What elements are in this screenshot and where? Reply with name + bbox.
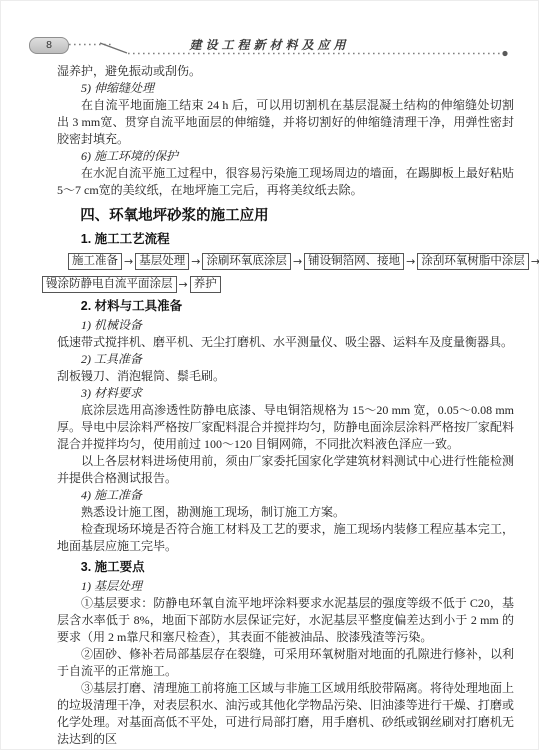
flow-step-middle-coat: 涂刮环氧树脂中涂层 [417,253,529,270]
process-flow-row-1: 施工准备→基层处理→涂刷环氧底涂层→铺设铜箔网、接地→涂刮环氧树脂中涂层→ [57,251,514,271]
subheading-construction-prep: 4) 施工准备 [57,487,514,504]
book-page: 8 建设工程新材料及应用 湿养护，避免振动或刮伤。 5) 伸缩缝处理 在自流平地… [0,0,539,750]
flow-step-copper-mesh: 铺设铜箔网、接地 [304,253,404,270]
flow-arrow-icon: → [291,252,304,271]
process-flow-row-2: 镘涂防静电自流平面涂层→养护 [42,274,514,294]
paragraph-material-specs: 底涂层选用高渗透性防静电底漆、导电铜箔规格为 15～20 mm 宽，0.05～0… [57,402,514,453]
flow-arrow-icon: → [177,275,190,294]
paragraph-sand-fix-repair: ②固砂、修补若局部基层存在裂缝，可采用环氧树脂对地面的孔隙进行修补，以利于自流平… [57,646,514,680]
subheading-material-requirements: 3) 材料要求 [57,385,514,402]
subheading-machinery: 1) 机械设备 [57,317,514,334]
paragraph-prep-site-check: 检查现场环境是否符合施工材料及工艺的要求，施工现场内装修工程应基本完工，地面基层… [57,521,514,555]
paragraph-prep-plan: 熟悉设计施工图，勘测施工现场，制订施工方案。 [57,504,514,521]
paragraph-machinery: 低速带式搅拌机、磨平机、无尘打磨机、水平测量仪、吸尘器、运料车及度量衡器具。 [57,334,514,351]
flow-step-curing: 养护 [190,276,221,293]
flow-arrow-icon: → [404,252,417,271]
flow-step-preparation: 施工准备 [68,253,122,270]
flow-step-base-treatment: 基层处理 [135,253,189,270]
section-heading-4: 四、环氧地坪砂浆的施工应用 [57,207,514,226]
page-content: 湿养护，避免振动或刮伤。 5) 伸缩缝处理 在自流平地面施工结束 24 h 后，… [57,63,514,748]
paragraph-base-requirement: ①基层要求：防静电环氧自流平地坪涂料要求水泥基层的强度等级不低于 C20，基层含… [57,595,514,646]
step-heading-1: 1. 施工工艺流程 [57,231,514,248]
paragraph-base-grinding: ③基层打磨、清理施工前将施工区域与非施工区域用纸胶带隔离。将待处理地面上的垃圾清… [57,680,514,748]
paragraph-continuation: 湿养护，避免振动或刮伤。 [57,63,514,80]
subheading-6: 6) 施工环境的保护 [57,148,514,165]
page-header: 8 建设工程新材料及应用 [0,0,539,60]
flow-arrow-icon: → [189,252,202,271]
subheading-base-treatment: 1) 基层处理 [57,578,514,595]
step-heading-2: 2. 材料与工具准备 [57,298,514,315]
flow-arrow-icon: → [529,252,539,271]
subheading-tools: 2) 工具准备 [57,351,514,368]
flow-step-top-coat: 镘涂防静电自流平面涂层 [42,276,177,293]
subheading-5: 5) 伸缩缝处理 [57,80,514,97]
flow-step-primer-coat: 涂刷环氧底涂层 [202,253,291,270]
paragraph-tools: 刮板镘刀、消泡辊筒、鬃毛刷。 [57,368,514,385]
paragraph-expansion-joint: 在自流平地面施工结束 24 h 后，可以用切割机在基层混凝土结构的伸缩缝处切割出… [57,97,514,148]
step-heading-3: 3. 施工要点 [57,559,514,576]
paragraph-environment-protection: 在水泥自流平施工过程中，很容易污染施工现场周边的墙面，在踢脚板上最好粘贴5～7 … [57,165,514,199]
flow-arrow-icon: → [122,252,135,271]
paragraph-material-testing: 以上各层材料进场使用前，须由厂家委托国家化学建筑材料测试中心进行性能检测并提供合… [57,453,514,487]
running-title: 建设工程新材料及应用 [0,36,539,53]
